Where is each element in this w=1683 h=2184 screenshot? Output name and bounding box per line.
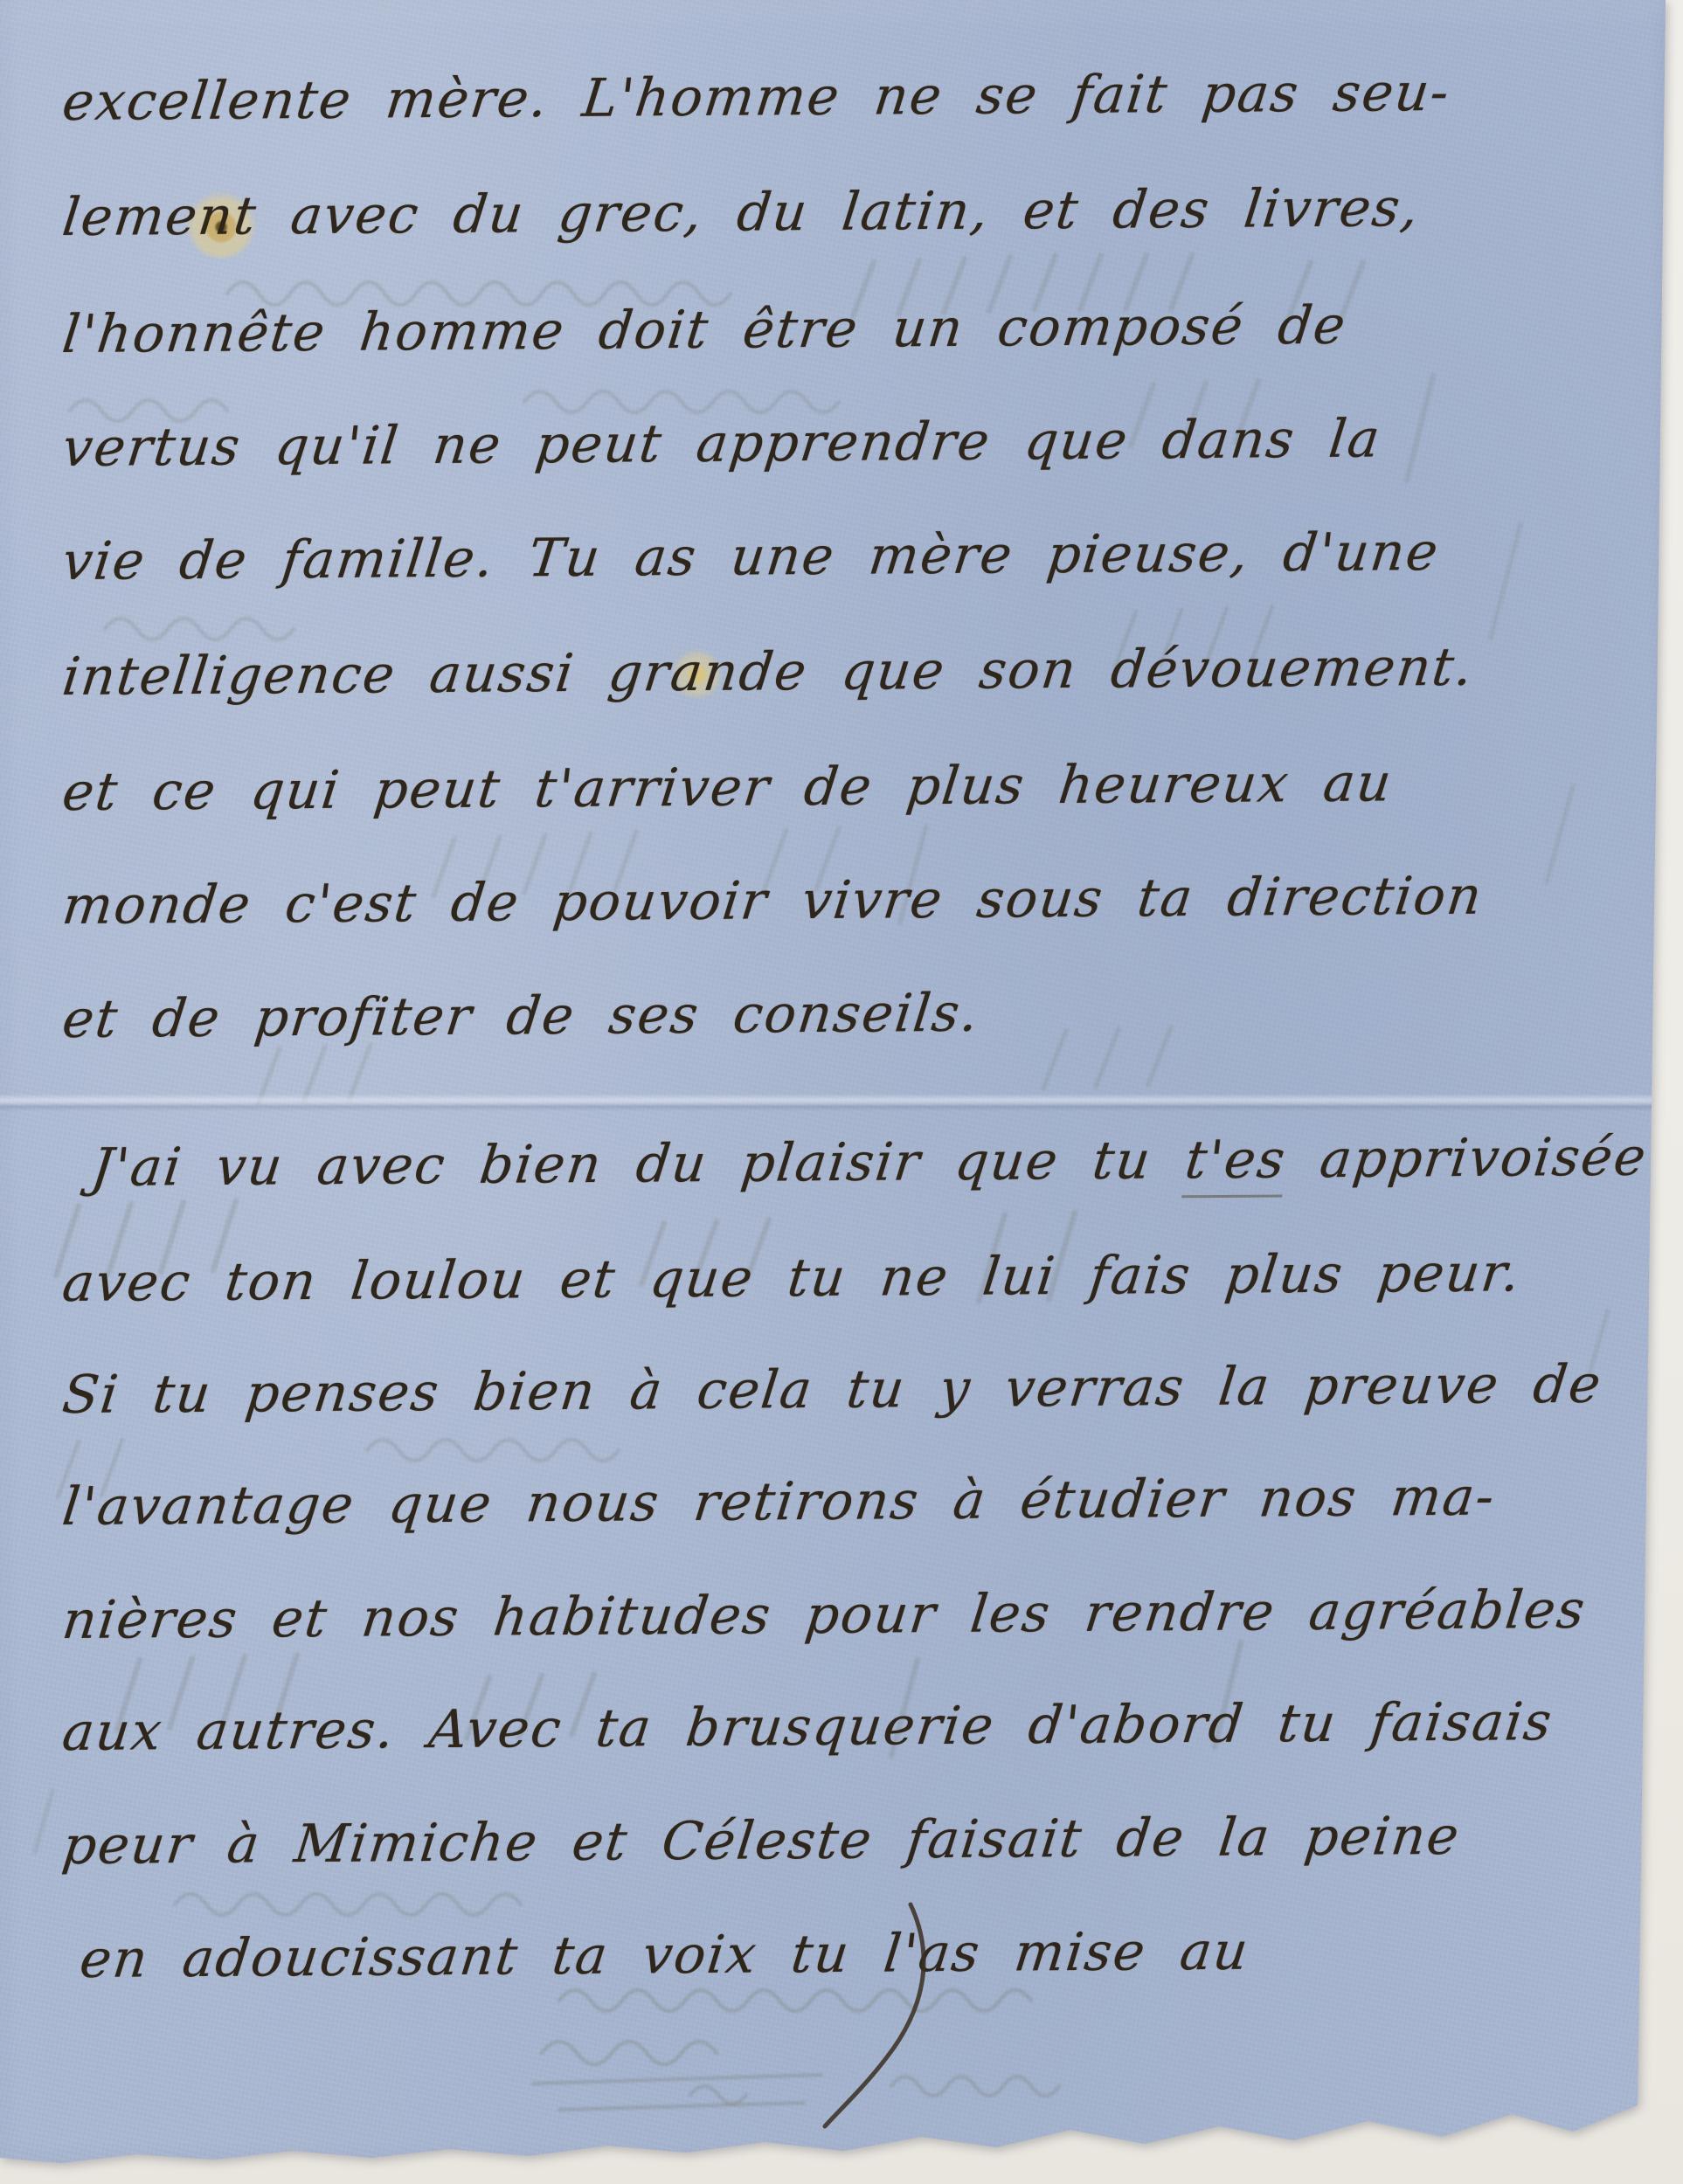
handwriting-segment: apprivoisée bbox=[1283, 1127, 1651, 1191]
handwriting-line: intelligence aussi grande que son dévoue… bbox=[59, 637, 1478, 708]
handwriting-line: peur à Mimiche et Céleste faisait de la … bbox=[59, 1806, 1464, 1876]
handwriting-line: et de profiter de ses conseils. bbox=[59, 983, 983, 1050]
handwriting-line: monde c'est de pouvoir vivre sous ta dir… bbox=[59, 866, 1486, 936]
handwriting-line: lement avec du grec, du latin, et des li… bbox=[59, 177, 1423, 248]
handwriting-line: vertus qu'il ne peut apprendre que dans … bbox=[59, 408, 1384, 479]
handwriting-line: l'honnête homme doit être un composé de bbox=[59, 295, 1350, 365]
handwriting-line: J'ai vu avec bien du plaisir que tu t'es… bbox=[88, 1127, 1651, 1199]
paper-sheet: excellente mère. L'homme ne se fait pas … bbox=[0, 0, 1683, 2184]
handwriting-line: vie de famille. Tu as une mère pieuse, d… bbox=[59, 522, 1443, 592]
letter-text-layer: excellente mère. L'homme ne se fait pas … bbox=[0, 0, 1683, 2184]
scan-background: excellente mère. L'homme ne se fait pas … bbox=[0, 0, 1683, 2184]
handwriting-line: nières et nos habitudes pour les rendre … bbox=[59, 1579, 1589, 1651]
handwriting-line: l'avantage que nous retirons à étudier n… bbox=[59, 1467, 1499, 1538]
handwriting-line: avec ton loulou et que tu ne lui fais pl… bbox=[59, 1242, 1525, 1314]
handwriting-line: et ce qui peut t'arriver de plus heureux… bbox=[59, 752, 1396, 823]
handwriting-line: Si tu penses bien à cela tu y verras la … bbox=[59, 1354, 1605, 1426]
handwriting-line: aux autres. Avec ta brusquerie d'abord t… bbox=[59, 1691, 1556, 1763]
handwriting-line: en adoucissant ta voix tu l'as mise au bbox=[77, 1921, 1252, 1990]
underlined-word: t'es bbox=[1181, 1129, 1290, 1198]
handwriting-segment: J'ai vu avec bien du plaisir que tu bbox=[88, 1130, 1189, 1199]
handwriting-line: excellente mère. L'homme ne se fait pas … bbox=[59, 62, 1454, 133]
paper-sheet-wrapper: excellente mère. L'homme ne se fait pas … bbox=[0, 0, 1683, 2184]
